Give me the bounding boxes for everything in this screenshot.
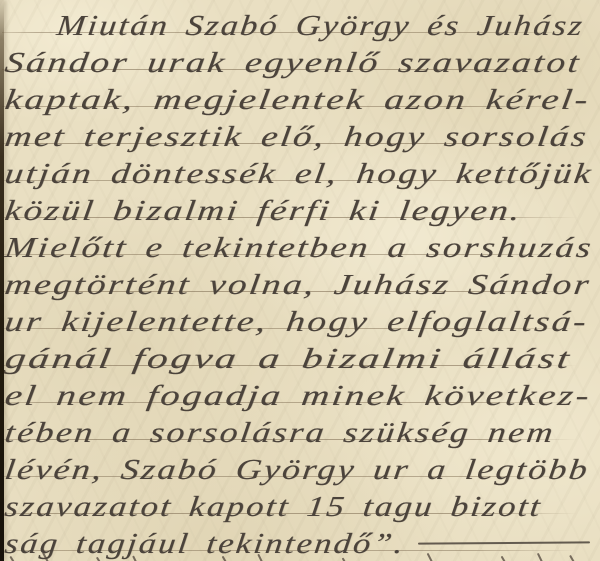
pen-stroke-fragment xyxy=(427,553,434,561)
pen-stroke-fragment xyxy=(501,556,507,561)
manuscript-line: szavazatot kapott 15 tagu bizott xyxy=(0,477,600,514)
manuscript-line: kaptak, megjelentek azon kérel- xyxy=(0,70,600,107)
pen-stroke-fragment xyxy=(569,555,576,561)
text-block: Miután Szabó György és Juhász Sándor ura… xyxy=(0,0,600,551)
pen-stroke-fragment xyxy=(132,555,138,561)
manuscript-line: Miután Szabó György és Juhász xyxy=(0,0,600,33)
pen-stroke-fragment xyxy=(257,554,264,561)
manuscript-line: Mielőtt e tekintetben a sorshuzás xyxy=(0,218,600,255)
partial-next-line-strokes xyxy=(0,545,600,561)
manuscript-line: Sándor urak egyenlő szavazatot xyxy=(0,33,600,70)
manuscript-line: közül bizalmi férfi ki legyen. xyxy=(0,181,600,218)
manuscript-line: utján döntessék el, hogy kettőjük xyxy=(0,144,600,181)
manuscript-line: lévén, Szabó György ur a legtöbb xyxy=(0,440,600,477)
manuscript-line: gánál fogva a bizalmi állást xyxy=(0,329,600,366)
manuscript-line: megtörtént volna, Juhász Sándor xyxy=(0,255,600,292)
manuscript-line: ur kijelentette, hogy elfoglaltsá- xyxy=(0,292,600,329)
pen-stroke-fragment xyxy=(537,553,544,561)
manuscript-line: met terjesztik elő, hogy sorsolás xyxy=(0,107,600,144)
pen-stroke-fragment xyxy=(222,556,228,561)
manuscript-line: tében a sorsolásra szükség nem xyxy=(0,403,600,440)
page-left-edge xyxy=(0,0,4,561)
pen-stroke-fragment xyxy=(96,557,102,561)
pen-stroke-fragment xyxy=(42,552,50,561)
manuscript-page: Miután Szabó György és Juhász Sándor ura… xyxy=(0,0,600,561)
pen-stroke-fragment xyxy=(9,556,15,561)
pen-stroke-fragment xyxy=(342,557,347,561)
manuscript-line: el nem fogadja minek következ- xyxy=(0,366,600,403)
